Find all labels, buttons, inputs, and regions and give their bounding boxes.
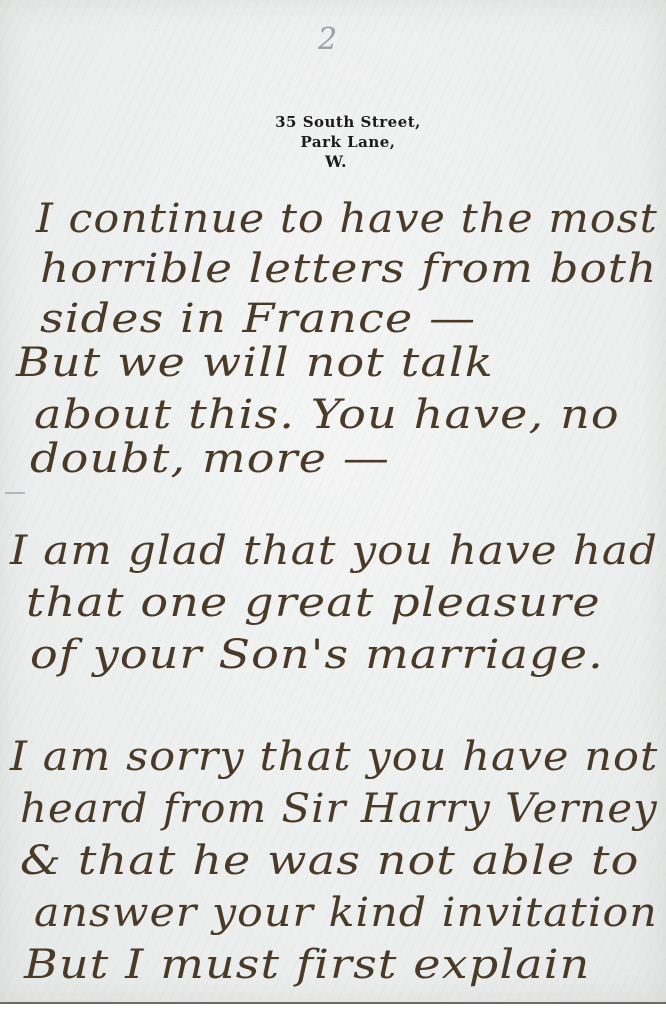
handwritten-line: about this. You have, no bbox=[34, 392, 620, 438]
handwritten-line: horrible letters from both bbox=[40, 246, 657, 292]
letterhead-district: W. bbox=[0, 152, 666, 172]
handwritten-line: of your Son's marriage. bbox=[30, 632, 604, 678]
handwritten-line: doubt, more — bbox=[30, 436, 390, 482]
handwritten-line: But I must first explain bbox=[24, 942, 590, 988]
letterhead-area: Park Lane, bbox=[0, 132, 666, 152]
letterhead-street: 35 South Street, bbox=[0, 112, 666, 132]
handwritten-line: I am sorry that you have not bbox=[10, 734, 658, 780]
handwritten-line: But we will not talk bbox=[16, 340, 494, 386]
handwritten-line: I am glad that you have had bbox=[10, 528, 658, 574]
handwritten-line: I continue to have the most bbox=[36, 196, 658, 242]
handwritten-line: answer your kind invitation bbox=[34, 890, 658, 936]
handwritten-line: & that he was not able to bbox=[20, 838, 640, 884]
handwritten-line: heard from Sir Harry Verney bbox=[20, 786, 658, 832]
letter-page: 2 35 South Street, Park Lane, W. I conti… bbox=[0, 0, 666, 1004]
page-number: 2 bbox=[318, 22, 337, 57]
letterhead-address: 35 South Street, Park Lane, W. bbox=[0, 112, 666, 172]
handwritten-line: that one great pleasure bbox=[26, 580, 601, 626]
handwritten-line: sides in France — bbox=[40, 296, 476, 342]
margin-mark bbox=[5, 492, 25, 494]
